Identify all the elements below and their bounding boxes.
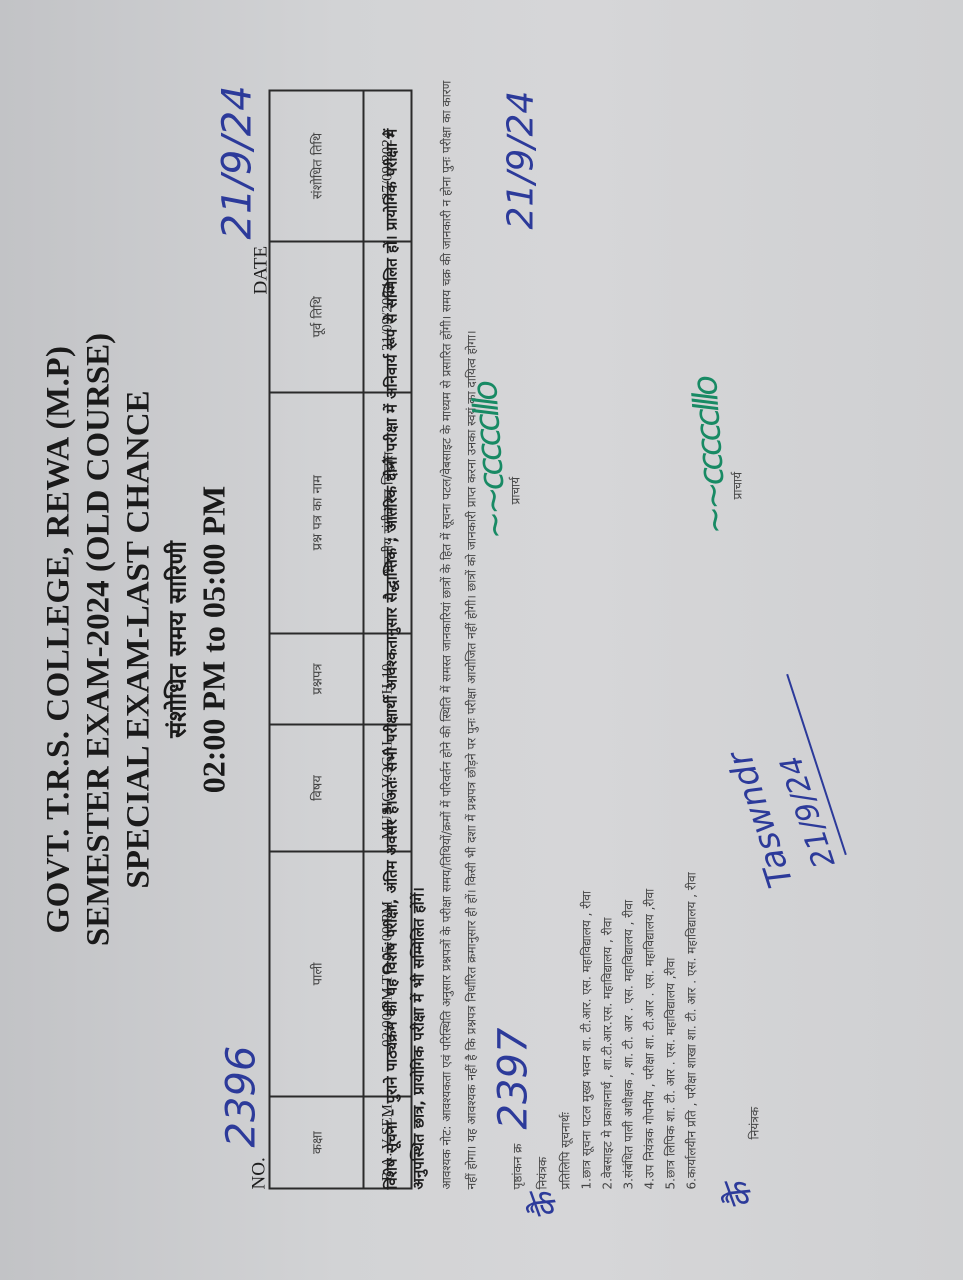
header-shift: पाली (270, 851, 364, 1097)
copy-item: 2.वेबसाइट मे प्रकाशनार्थ , शा.टी.आर.एस. … (598, 872, 619, 1189)
table-header-row: कक्षा पाली विषय प्रश्नपत्र प्रश्न पत्र क… (270, 91, 364, 1189)
special-notice: विशेष सूचना – पुराने पाठ्यक्रम की यह विश… (379, 80, 433, 1190)
important-note: आवश्यक नोट: आवश्यकता एवं परिस्थिति अनुसा… (435, 80, 485, 1190)
copy-item: 6.कार्यालयीन प्रति , परीक्षा शाखा शा. टी… (682, 872, 703, 1189)
copy-item: 4.उप नियंत्रक गोपनीय , परीक्षा शा. टी.आर… (640, 872, 661, 1189)
controller-initial-2: कै (712, 1176, 764, 1216)
copy-item: 1.छात्र सूचना पटल मुख्य भवन शा. टी.आर. ए… (577, 872, 598, 1189)
exam-type: SPECIAL EXAM-LAST CHANCE (121, 0, 158, 1280)
page-reference-label: पृष्ठांकन क्र (509, 1144, 526, 1190)
header-revised-date: संशोधित तिथि (270, 91, 364, 242)
copy-item: 3.संबंधित पाली अधीक्षक , शा. टी. आर . एस… (619, 872, 640, 1189)
exam-notice-page: GOVT. T.R.S. COLLEGE, REWA (M.P) SEMESTE… (1, 0, 963, 1280)
reference-no-handwritten: 2396 (219, 1046, 265, 1148)
exam-title: SEMESTER EXAM-2024 (OLD COURSE) (81, 0, 118, 1280)
principal-signature-2: ~~ccccclllo (685, 378, 736, 536)
reference-no-label: NO. (249, 1157, 271, 1189)
handwritten-date-2: 21/9/24 (501, 91, 542, 230)
page-reference-handwritten: 2397 (491, 1028, 537, 1130)
date-handwritten: 21/9/24 (215, 85, 261, 239)
copy-item: 5.छात्र लिपिक शा. टी. आर . एस. महाविद्या… (661, 872, 682, 1189)
header-paper: प्रश्नपत्र (270, 633, 364, 725)
header-subject: विषय (270, 725, 364, 851)
header-class: कक्षा (270, 1097, 364, 1189)
copies-heading: प्रतिलिपि सूचनार्थः (556, 872, 577, 1189)
controller-initial-1: कै (517, 1186, 569, 1226)
header-previous-date: पूर्व तिथि (270, 241, 364, 392)
controller-label-2: नियंत्रक (746, 1107, 763, 1140)
notice-block: विशेष सूचना – पुराने पाठ्यक्रम की यह विश… (379, 80, 485, 1190)
header-paper-name: प्रश्न पत्र का नाम (270, 392, 364, 633)
principal-label-1: प्राचार्य (507, 477, 524, 505)
copies-list: प्रतिलिपि सूचनार्थः 1.छात्र सूचना पटल मु… (556, 872, 703, 1189)
controller-label-1: नियंत्रक (534, 1157, 551, 1190)
revised-schedule-title: संशोधित समय सारिणी (161, 0, 194, 1280)
college-title: GOVT. T.R.S. COLLEGE, REWA (M.P) (41, 0, 78, 1280)
principal-label-2: प्राचार्य (729, 472, 746, 500)
